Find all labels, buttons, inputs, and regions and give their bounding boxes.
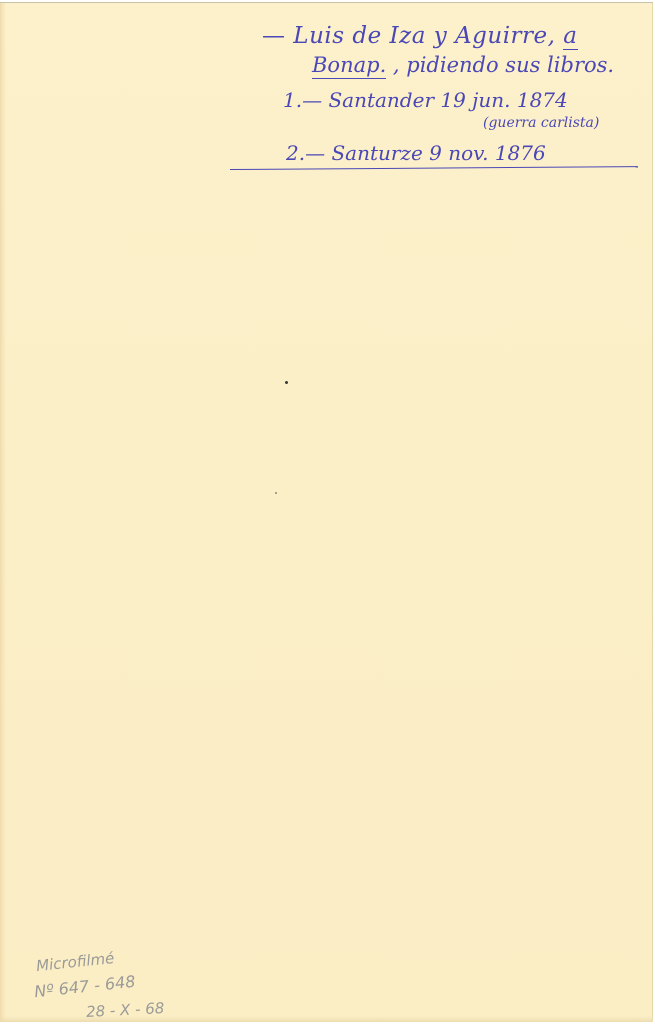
item-number: 2.— [286, 141, 325, 165]
paper-speck [285, 381, 288, 384]
letter-item-1-note: (guerra carlista) [483, 115, 599, 131]
document-page: — Luis de Iza y Aguirre, a Bonap. , pidi… [0, 3, 653, 1022]
item-place: Santander [328, 88, 434, 112]
ink-divider-line [230, 166, 638, 170]
request-text: , pidiendo sus libros. [386, 53, 614, 77]
note-recipient-line: Bonap. , pidiendo sus libros. [312, 53, 614, 77]
pencil-microfilm-label: Microfilmé [35, 949, 115, 975]
item-place: Santurze [331, 141, 422, 165]
author-name: — Luis de Iza y Aguirre, [262, 23, 563, 49]
item-date: 19 jun. 1874 [440, 88, 567, 112]
preposition-a: a [563, 23, 577, 50]
letter-item-1: 1.— Santander 19 jun. 1874 [283, 88, 568, 112]
item-number: 1.— [283, 88, 322, 112]
recipient-name: Bonap. [312, 53, 386, 79]
pencil-microfilm-date: 28 - X - 68 [86, 999, 165, 1021]
letter-item-2: 2.— Santurze 9 nov. 1876 [286, 141, 546, 165]
paper-speck [275, 492, 277, 494]
item-date: 9 nov. 1876 [429, 141, 546, 165]
pencil-microfilm-number: Nº 647 - 648 [33, 972, 136, 1002]
note-heading-line: — Luis de Iza y Aguirre, a [262, 23, 578, 49]
